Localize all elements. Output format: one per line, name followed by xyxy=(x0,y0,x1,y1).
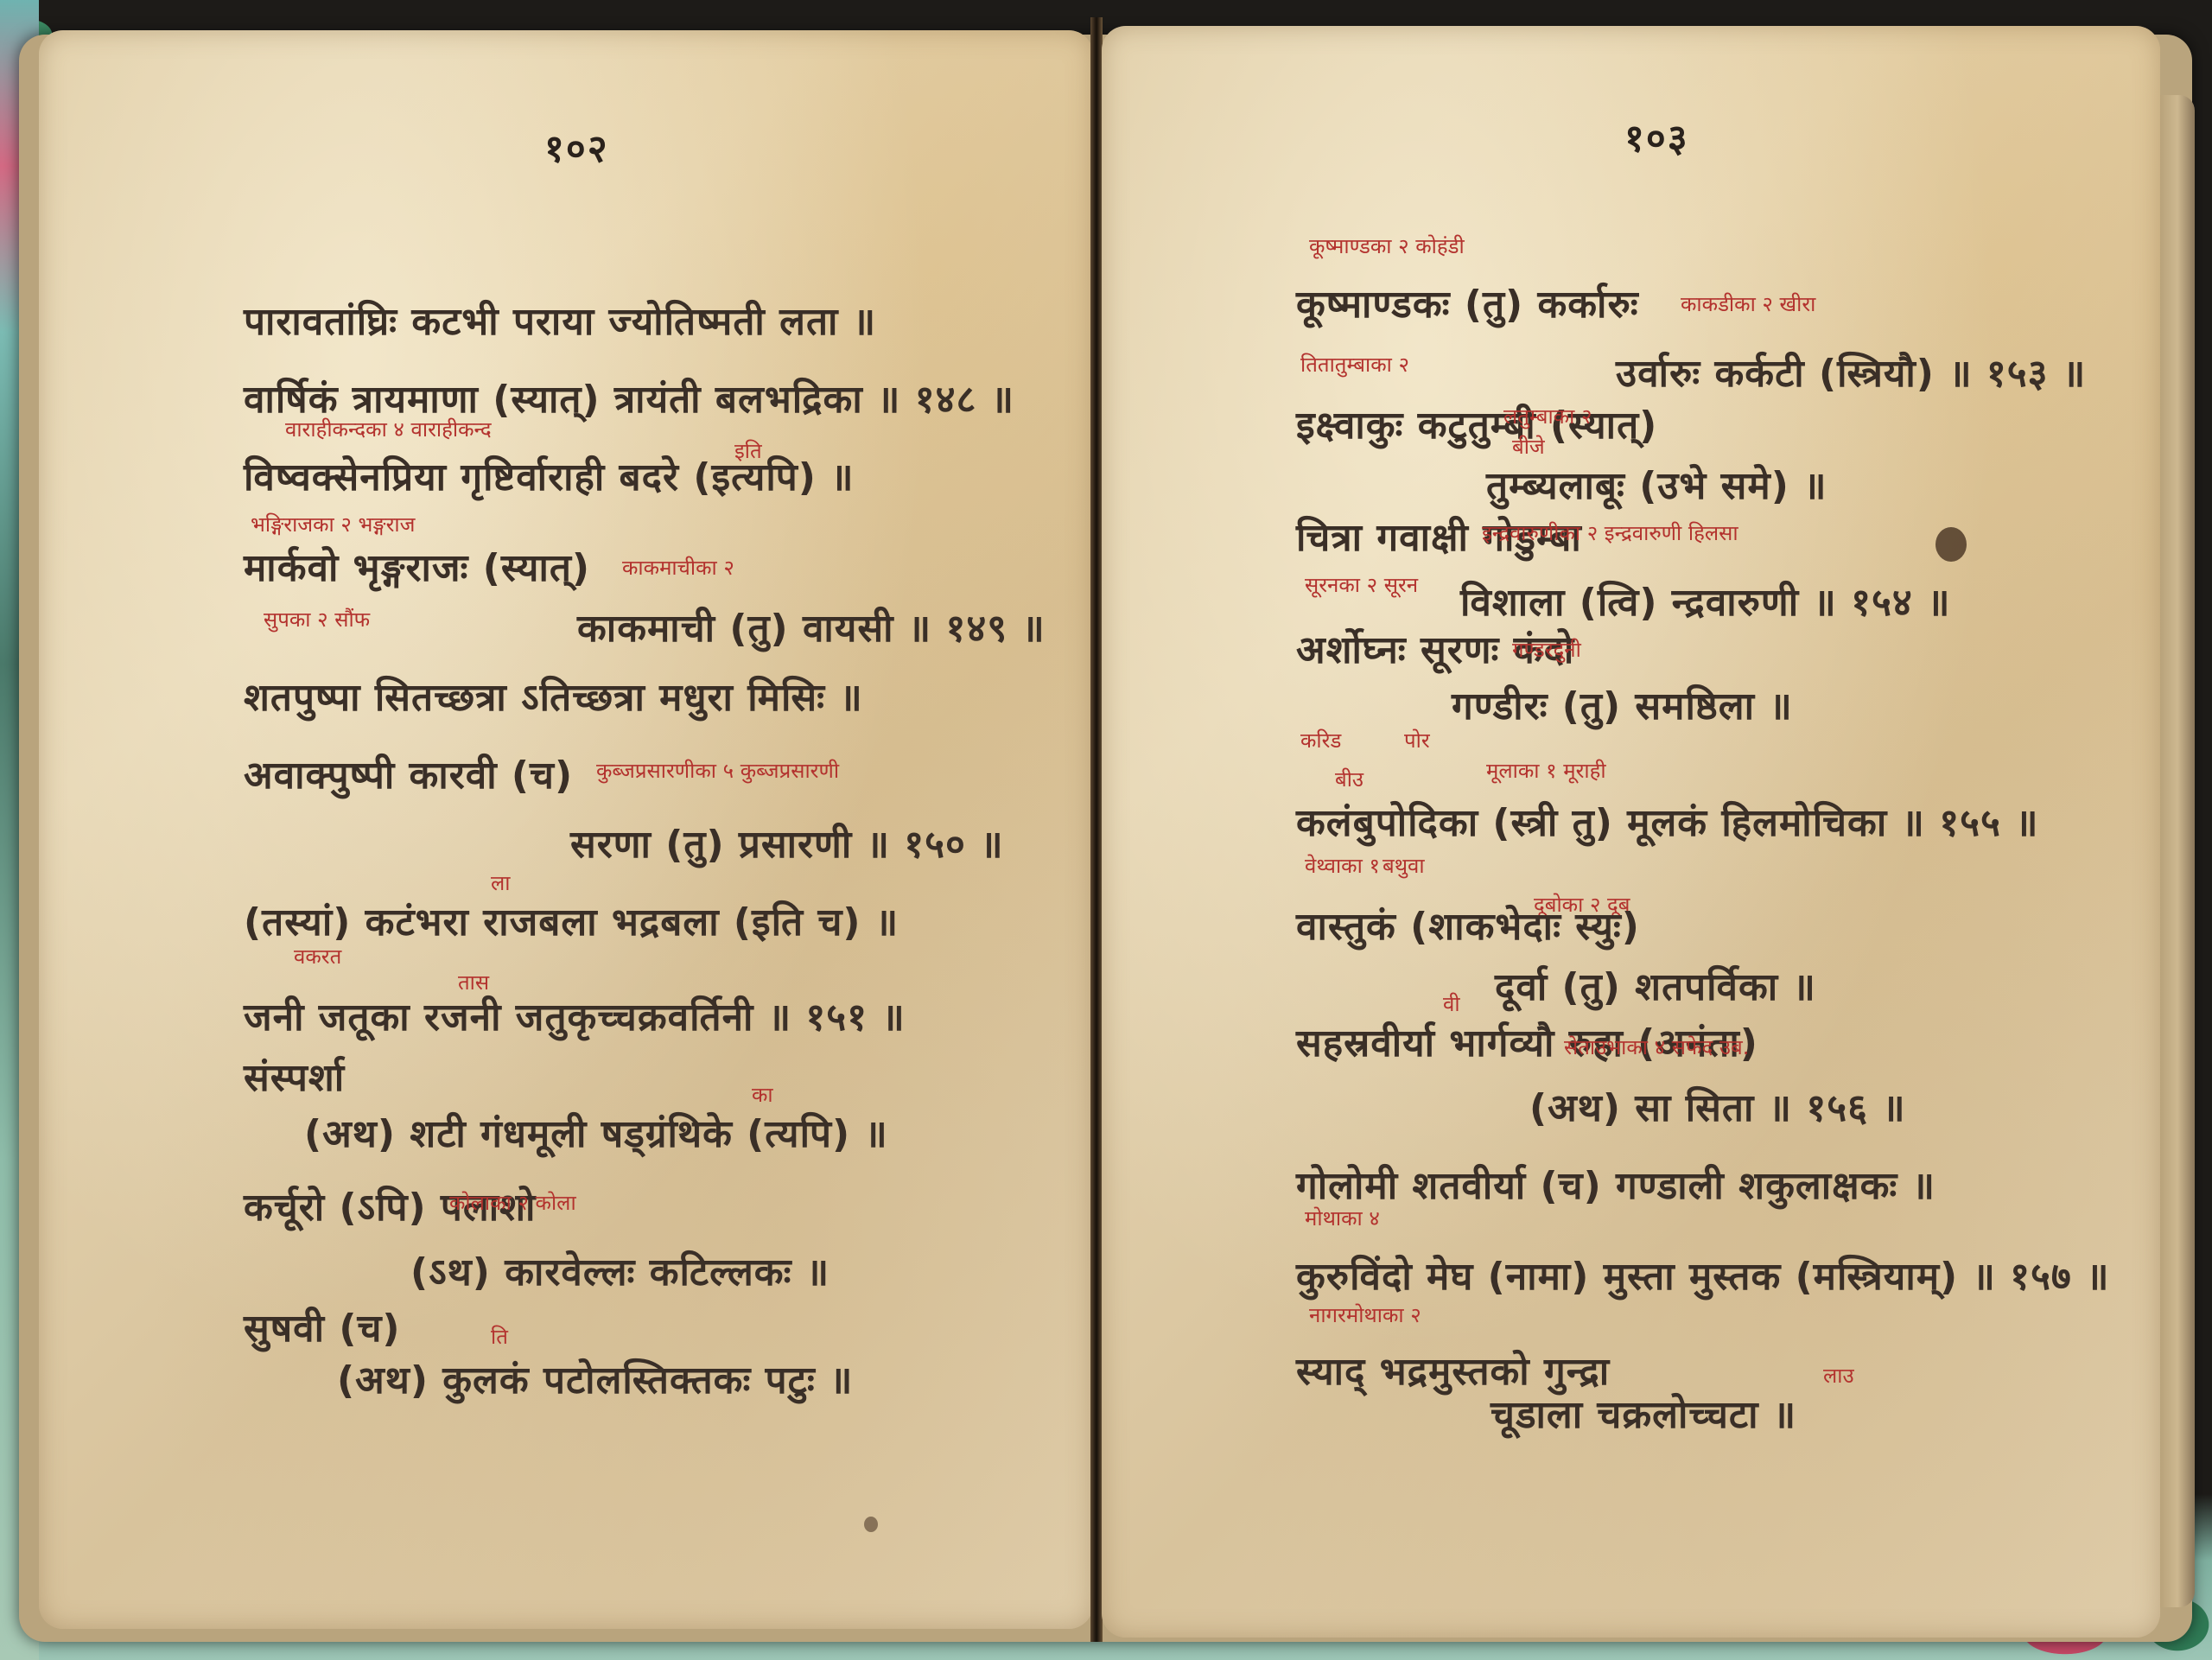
manuscript-line: (ऽथ) कारवेल्लः कटिल्लकः ॥ xyxy=(410,1244,829,1296)
red-gloss: मोथाका ४ xyxy=(1305,1204,1380,1232)
red-gloss: वी xyxy=(1443,989,1460,1018)
red-gloss: बीजे xyxy=(1512,432,1545,461)
manuscript-line: विष्वक्सेनप्रिया गृष्टिर्वाराही बदरे (इत… xyxy=(244,449,855,501)
red-gloss: करिड xyxy=(1300,726,1341,754)
manuscript-line: (तस्यां) कटंभरा राजबला भद्रबला (इति च) ॥ xyxy=(244,894,899,946)
manuscript-line: गोलोमी शतवीर्या (च) गण्डाली शकुलाक्षकः ॥ xyxy=(1296,1158,1935,1210)
red-gloss: काकडीका २ खीरा xyxy=(1681,289,1815,318)
red-gloss: वेथ्वाका १ xyxy=(1305,851,1380,880)
red-gloss: सुपका २ सौंफ xyxy=(264,605,370,633)
manuscript-line: शतपुष्पा सितच्छत्रा ऽतिच्छत्रा मधुरा मिस… xyxy=(244,670,863,722)
red-gloss: बीउ xyxy=(1335,765,1363,793)
manuscript-line: (अथ) सा सिता ॥ १५६ ॥ xyxy=(1529,1080,1906,1132)
manuscript-line: संस्पर्शा xyxy=(244,1050,345,1102)
manuscript-line: तुम्ब्यलाबूः (उभे समे) ॥ xyxy=(1486,458,1827,510)
red-gloss: ला xyxy=(491,868,511,897)
manuscript-line: चूडाला चक्रलोच्चटा ॥ xyxy=(1491,1387,1796,1439)
manuscript-line: काकमाची (तु) वायसी ॥ १४९ ॥ xyxy=(577,601,1046,652)
red-gloss: कुब्जप्रसारणीका ५ कुब्जप्रसारणी xyxy=(596,756,839,785)
manuscript-line: कुरुविंदो मेघ (नामा) मुस्ता मुस्तक (मस्त… xyxy=(1296,1249,2109,1301)
manuscript-line: विशाला (त्वि) न्द्रवारुणी ॥ १५४ ॥ xyxy=(1460,575,1950,626)
book-gutter xyxy=(1090,17,1103,1642)
manuscript-line: जनी जतूका रजनी जतुकृच्चक्रवर्तिनी ॥ १५१ … xyxy=(244,989,906,1041)
paper-spot xyxy=(864,1517,878,1532)
manuscript-line: उर्वारुः कर्कटी (स्त्रियौ) ॥ १५३ ॥ xyxy=(1616,346,2086,398)
red-gloss: वकरत xyxy=(294,942,341,970)
manuscript-line: कलंबुपोदिका (स्त्री तु) मूलकं हिलमोचिका … xyxy=(1296,795,2039,847)
red-gloss: लतुम्बाका २ xyxy=(1503,402,1592,430)
red-gloss: भङ्गिराजका २ भङ्गराज xyxy=(251,510,415,538)
manuscript-line: वास्तुकं (शाकभेदाः स्युः) xyxy=(1296,899,1640,951)
page-stack-edge xyxy=(2160,95,2195,1607)
manuscript-line: सुषवी (च) xyxy=(244,1301,401,1352)
manuscript-line: इक्ष्वाकुः कटुतुम्बी (स्यात्) xyxy=(1296,398,1657,449)
red-gloss: गण्डरदुनी xyxy=(1512,635,1581,664)
manuscript-line: वार्षिकं त्रायमाणा (स्यात्) त्रायंती बलभ… xyxy=(244,372,1014,423)
red-gloss: सेताउभाका ४ सफेद उब. xyxy=(1564,1033,1749,1061)
right-page-number: १०३ xyxy=(1624,111,1689,162)
manuscript-line: पारावतांघ्रिः कटभी पराया ज्योतिष्मती लता… xyxy=(244,294,876,346)
manuscript-line: (अथ) कुलकं पटोलस्तिक्तकः पटुः ॥ xyxy=(337,1352,853,1404)
red-gloss: पोर xyxy=(1404,726,1430,754)
red-gloss: इति xyxy=(734,436,762,465)
red-gloss: इन्द्रवारुणीका २ इन्द्रवारुणी हिलसा xyxy=(1482,518,1738,547)
red-gloss: कोलाका २ कोला xyxy=(449,1188,576,1217)
red-gloss: बथुवा xyxy=(1382,851,1425,880)
manuscript-line: (अथ) शटी गंधमूली षड्ग्रंथिके (त्यपि) ॥ xyxy=(304,1106,888,1158)
red-gloss: सूरनका २ सूरन xyxy=(1305,570,1418,599)
red-gloss: मूलाका १ मूराही xyxy=(1486,756,1606,785)
left-page-number: १०२ xyxy=(544,121,609,173)
manuscript-line: दूर्वा (तु) शतपर्विका ॥ xyxy=(1495,959,1816,1011)
red-gloss: लाउ xyxy=(1823,1361,1854,1390)
manuscript-line: गण्डीरः (तु) समष्ठिला ॥ xyxy=(1452,678,1793,730)
red-gloss: काकमाचीका २ xyxy=(622,553,734,582)
manuscript-line: मार्कवो भृङ्गराजः (स्यात्) xyxy=(244,540,590,592)
red-gloss: तितातुम्बाका २ xyxy=(1300,350,1409,378)
red-gloss: कूष्माण्डका २ कोहंडी xyxy=(1309,232,1465,260)
red-gloss: का xyxy=(752,1080,773,1109)
manuscript-line: कूष्माण्डकः (तु) कर्कारुः xyxy=(1296,277,1639,328)
manuscript-line: सरणा (तु) प्रसारणी ॥ १५० ॥ xyxy=(570,817,1004,868)
manuscript-line: अवाक्पुष्पी कारवी (च) xyxy=(244,747,573,799)
red-gloss: नागरमोथाका २ xyxy=(1309,1301,1421,1329)
red-gloss: ति xyxy=(491,1322,508,1351)
ink-stain xyxy=(1935,527,1967,562)
